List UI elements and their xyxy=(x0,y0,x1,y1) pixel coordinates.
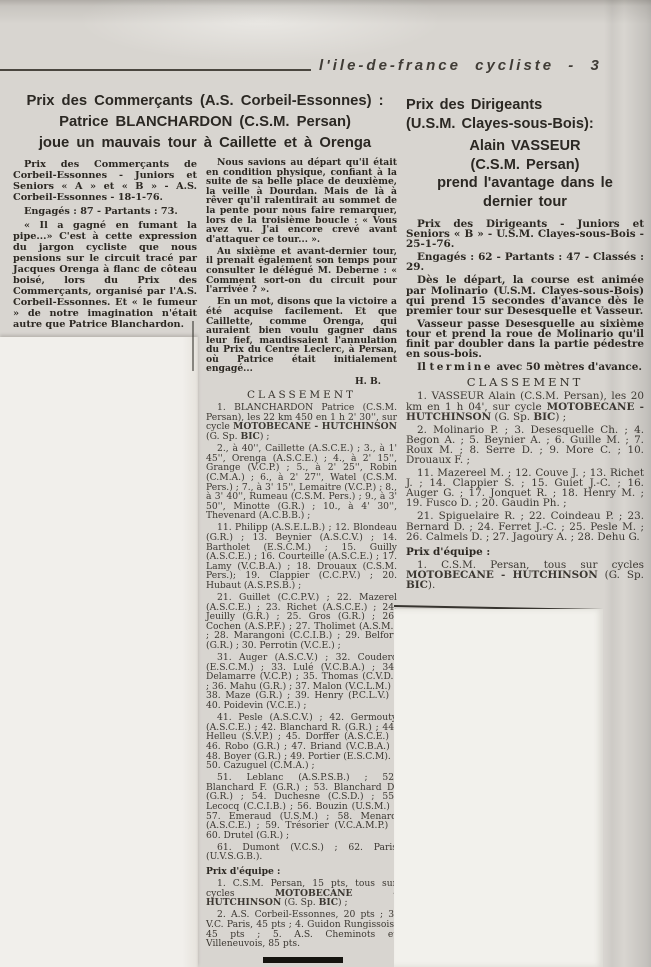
paragraph: « Il a gagné en fumant la pipe...» C'est… xyxy=(13,220,197,330)
paragraph: Prix d'équipe : xyxy=(206,867,397,877)
text-run: avec 50 mètres d'avance. xyxy=(493,361,642,373)
left-article-headline: Prix des Commerçants (A.S. Corbeil-Esson… xyxy=(12,91,398,154)
right-article-headline: Prix des Dirigeants (U.S.M. Clayes-sous-… xyxy=(406,96,644,211)
paragraph: 1. VASSEUR Alain (C.S.M. Persan), les 20… xyxy=(406,391,644,421)
text-run: 31. Auger (A.S.C.V.) ; 32. Couderc (E.S.… xyxy=(206,652,397,711)
paragraph: Engagés : 87 - Partants : 73. xyxy=(13,206,197,217)
text-run: ) ; xyxy=(338,897,348,908)
text-run: CLASSEMENT xyxy=(467,375,584,389)
text-run: En un mot, disons que la victoire a été … xyxy=(206,296,397,374)
scanned-newspaper-page: l'ile-de-france cycliste - 3 Prix des Co… xyxy=(0,0,651,967)
text-run: Il xyxy=(417,361,429,373)
paragraph: 1. BLANCHARDON Patrice (C.S.M. Persan), … xyxy=(206,403,397,441)
paragraph: En un mot, disons que la victoire a été … xyxy=(206,297,397,374)
masthead-rule xyxy=(0,69,311,71)
text-run: 2. A.S. Corbeil-Essonnes, 20 pts ; 3. V.… xyxy=(206,909,397,949)
headline-line: Prix des Commerçants (A.S. Corbeil-Esson… xyxy=(12,91,398,112)
text-run: 11. Mazereel M. ; 12. Couve J. ; 13. Ric… xyxy=(406,467,644,509)
text-run: Dès le départ, la course est animée par … xyxy=(406,274,644,316)
text-run: 21. Guillet (C.C.P.V.) ; 22. Mazerel (A.… xyxy=(206,592,397,651)
left-article-column-2: Nous savions au départ qu'il était en co… xyxy=(206,158,397,951)
paragraph: Au sixième et avant-dernier tour, il pre… xyxy=(206,247,397,295)
paragraph: 41. Pesle (A.S.C.V.) ; 42. Germouty (A.S… xyxy=(206,713,397,771)
paragraph: 11. Mazereel M. ; 12. Couve J. ; 13. Ric… xyxy=(406,468,644,508)
paragraph: 1. C.S.M. Persan, tous sur cycles MOTOBE… xyxy=(406,560,644,590)
text-run: (G. Sp. xyxy=(491,411,533,423)
right-article-body: Prix des Dirigeants - Juniors et Seniors… xyxy=(406,219,644,590)
text-run: Prix d'équipe : xyxy=(206,866,280,877)
headline-line: (U.S.M. Clayes-sous-Bois): xyxy=(406,115,644,134)
text-run: BIC xyxy=(319,897,338,908)
paragraph: Il termine avec 50 mètres d'avance. xyxy=(406,362,644,372)
paragraph: Prix des Commerçants de Corbeil-Essonnes… xyxy=(13,159,197,203)
text-run: ). xyxy=(428,579,435,591)
text-run: ) ; xyxy=(555,411,566,423)
text-run: BIC xyxy=(533,411,555,423)
paragraph: Engagés : 62 - Partants : 47 - Classés :… xyxy=(406,252,644,272)
headline-line: joue un mauvais tour à Caillette et à Or… xyxy=(12,133,398,154)
text-run: « Il a gagné en fumant la pipe...» C'est… xyxy=(13,220,197,330)
paragraph: Nous savions au départ qu'il était en co… xyxy=(206,158,397,244)
blank-overlay-sheet-left xyxy=(0,337,198,967)
headline-line: Prix des Dirigeants xyxy=(406,96,644,115)
text-run: Prix d'équipe : xyxy=(406,546,490,558)
text-run: BIC xyxy=(240,431,259,442)
paragraph: Dès le départ, la course est animée par … xyxy=(406,275,644,315)
text-run: Nous savions au départ qu'il était en co… xyxy=(206,157,397,245)
paragraph: 2. A.S. Corbeil-Essonnes, 20 pts ; 3. V.… xyxy=(206,910,397,948)
text-run: ) ; xyxy=(260,431,270,442)
section-heading: CLASSEMENT xyxy=(206,391,397,401)
text-run: Engagés : 62 - Partants : 47 - Classés :… xyxy=(406,251,644,273)
paragraph: 2. Molinario P. ; 3. Desesquelle Ch. ; 4… xyxy=(406,425,644,465)
text-run: 2., à 40'', Caillette (A.S.C.E.) ; 3., à… xyxy=(206,443,397,521)
headline-line: dernier tour xyxy=(406,193,644,212)
text-run: BIC xyxy=(406,579,428,591)
text-run: 41. Pesle (A.S.C.V.) ; 42. Germouty (A.S… xyxy=(206,712,397,771)
paragraph: 61. Dumont (V.C.S.) ; 62. Paris (U.V.S.G… xyxy=(206,843,397,862)
sheet-corner-edge xyxy=(192,321,194,371)
headline-line: Patrice BLANCHARDON (C.S.M. Persan) xyxy=(12,112,398,133)
text-run: Au sixième et avant-dernier tour, il pre… xyxy=(206,246,397,295)
headline-line: (C.S.M. Persan) xyxy=(406,156,644,175)
article-end-divider-bar xyxy=(263,957,343,963)
text-run: H. B. xyxy=(355,376,381,387)
text-run: CLASSEMENT xyxy=(247,389,356,401)
text-run: Engagés : 87 - Partants : 73. xyxy=(24,206,178,217)
text-run: (G. Sp. xyxy=(281,897,318,908)
text-run: 21. Spiguelaire R. ; 22. Coindeau P. ; 2… xyxy=(406,510,644,542)
text-run: Prix des Commerçants de Corbeil-Essonnes… xyxy=(13,159,197,203)
paragraph: H. B. xyxy=(206,377,397,387)
text-run: Vasseur passe Desesquelle au sixième tou… xyxy=(406,318,644,360)
paragraph: 31. Auger (A.S.C.V.) ; 32. Couderc (E.S.… xyxy=(206,653,397,711)
paragraph: 21. Guillet (C.C.P.V.) ; 22. Mazerel (A.… xyxy=(206,593,397,651)
headline-line: Alain VASSEUR xyxy=(406,137,644,156)
section-heading: CLASSEMENT xyxy=(406,377,644,387)
paragraph: 11. Philipp (A.S.E.L.B.) ; 12. Blondeau … xyxy=(206,523,397,590)
text-run: Prix des Dirigeants - Juniors et Seniors… xyxy=(406,218,644,250)
text-run: 61. Dumont (V.C.S.) ; 62. Paris (U.V.S.G… xyxy=(206,842,397,863)
left-article-column-1: Prix des Commerçants de Corbeil-Essonnes… xyxy=(13,159,197,333)
right-article-column: Prix des Dirigeants (U.S.M. Clayes-sous-… xyxy=(406,96,644,593)
text-run: (G. Sp. xyxy=(598,569,644,581)
paragraph: Prix des Dirigeants - Juniors et Seniors… xyxy=(406,219,644,249)
text-run: 11. Philipp (A.S.E.L.B.) ; 12. Blondeau … xyxy=(206,522,397,591)
paragraph: 2., à 40'', Caillette (A.S.C.E.) ; 3., à… xyxy=(206,444,397,521)
masthead-title: l'ile-de-france cycliste - 3 xyxy=(319,57,602,74)
paragraph: 1. C.S.M. Persan, 15 pts, tous sur cycle… xyxy=(206,879,397,908)
text-run: termine xyxy=(429,361,493,373)
paragraph: 21. Spiguelaire R. ; 22. Coindeau P. ; 2… xyxy=(406,511,644,541)
paragraph: Prix d'équipe : xyxy=(406,547,644,557)
text-run: 51. Leblanc (A.S.P.S.B.) ; 52. Blanchard… xyxy=(206,772,397,841)
text-run: (G. Sp. xyxy=(206,431,240,442)
paragraph: Vasseur passe Desesquelle au sixième tou… xyxy=(406,319,644,359)
blank-overlay-sheet-right xyxy=(394,609,603,967)
paragraph: 51. Leblanc (A.S.P.S.B.) ; 52. Blanchard… xyxy=(206,773,397,840)
text-run: 2. Molinario P. ; 3. Desesquelle Ch. ; 4… xyxy=(406,424,644,466)
headline-line: prend l'avantage dans le xyxy=(406,174,644,193)
